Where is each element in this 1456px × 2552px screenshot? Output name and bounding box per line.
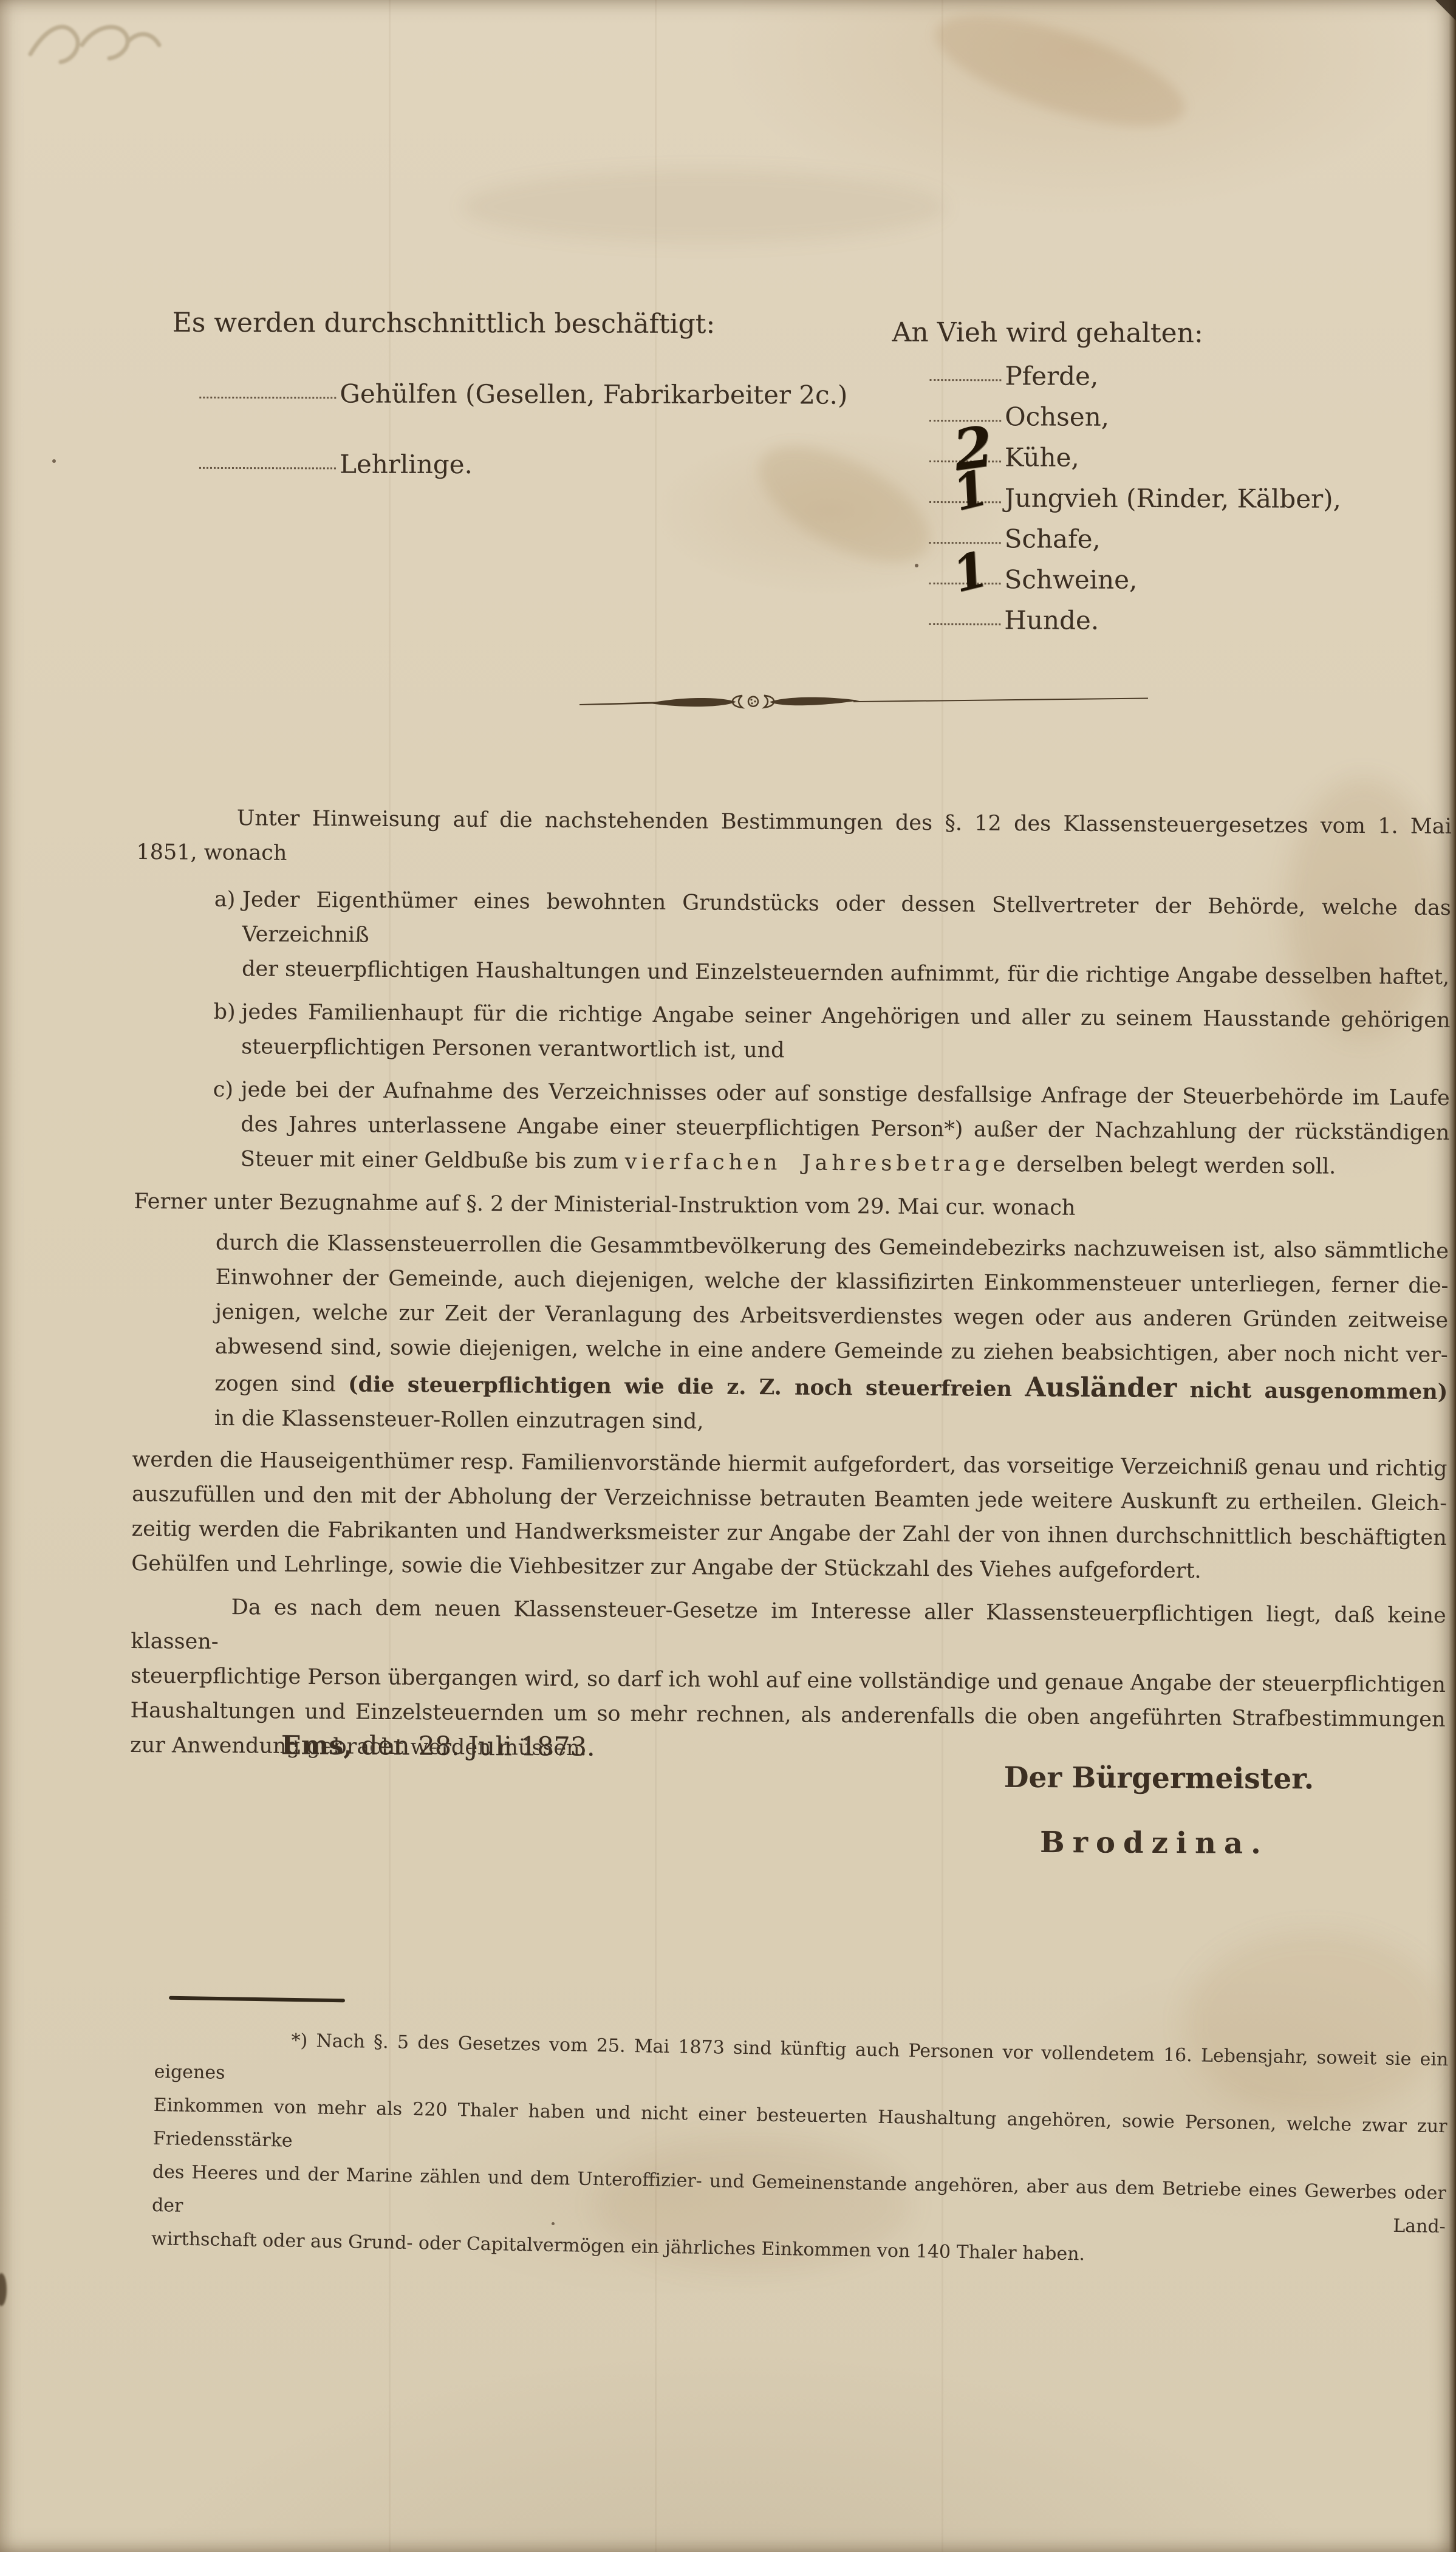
- place-name: Ems,: [281, 1730, 353, 1761]
- ink-speck: [915, 564, 918, 567]
- livestock-row: 1Jungvieh (Rinder, Kälber),: [929, 483, 1341, 514]
- paragraph: werden die Hauseigenthümer resp. Familie…: [131, 1443, 1447, 1590]
- livestock-row-label: Jungvieh (Rinder, Kälber),: [1005, 483, 1341, 513]
- livestock-heading: An Vieh wird gehalten:: [892, 317, 1203, 349]
- employment-row-label: Lehrlinge.: [340, 449, 473, 479]
- list-item-c: c)jede bei der Aufnahme des Verzeichniss…: [241, 1073, 1450, 1185]
- blank-fill-line: [199, 397, 336, 399]
- livestock-row: 1Schweine,: [929, 564, 1137, 595]
- ink-speck: [52, 459, 56, 463]
- stain: [923, 0, 1196, 149]
- item-marker: a): [214, 883, 236, 917]
- stain: [741, 422, 947, 586]
- page-edge-mark: [0, 2273, 7, 2306]
- body-line: Da es nach dem neuen Klassensteuer-Geset…: [131, 1590, 1446, 1668]
- bleed-through-mark: [462, 170, 948, 243]
- signer-name: Brodzina.: [1040, 1825, 1269, 1861]
- list-item-b: b)jedes Familienhaupt für die richtige A…: [241, 995, 1451, 1073]
- signer-title: Der Bürgermeister.: [1004, 1761, 1314, 1796]
- livestock-row-label: Schweine,: [1004, 564, 1137, 595]
- bold-text: (die steuerpflichtigen wie die z. Z. noc…: [348, 1372, 1025, 1401]
- livestock-row: Pferde,: [929, 361, 1098, 391]
- livestock-row: Hunde.: [929, 605, 1099, 635]
- dateline: Ems, den 28. Juli 1873.: [281, 1730, 595, 1762]
- fill-in-section: Es werden durchschnittlich beschäftigt: …: [0, 0, 1456, 4]
- employment-row: Gehülfen (Gesellen, Fabrikarbeiter 2c.): [199, 378, 847, 410]
- bold-text-auslaender: Ausländer: [1025, 1372, 1177, 1404]
- livestock-row-label: Schafe,: [1005, 524, 1101, 553]
- item-marker: b): [213, 995, 235, 1030]
- quoted-block: durch die Klassensteuerrollen die Gesamm…: [214, 1226, 1449, 1445]
- page-edge-shadow: [1449, 0, 1456, 2552]
- emphasized-text: vierfachen Jahresbetrage: [625, 1150, 1010, 1177]
- footnote-rule: [169, 1996, 345, 2003]
- ornamental-divider: [577, 683, 1151, 719]
- blank-fill-line: 1: [929, 501, 1001, 503]
- legal-text-body: Unter Hinweisung auf die nachstehenden B…: [130, 801, 1452, 1772]
- item-marker: c): [213, 1073, 233, 1107]
- page-corner-dark: [1435, 0, 1456, 21]
- list-item-a: a)Jeder Eigenthümer eines bewohnten Grun…: [242, 883, 1451, 995]
- employment-row-label: Gehülfen (Gesellen, Fabrikarbeiter 2c.): [340, 378, 847, 409]
- body-line: a)Jeder Eigenthümer eines bewohnten Grun…: [242, 883, 1451, 960]
- livestock-row-label: Pferde,: [1005, 361, 1098, 391]
- livestock-row-label: Ochsen,: [1005, 402, 1109, 431]
- scanned-document-page: Es werden durchschnittlich beschäftigt: …: [0, 0, 1456, 2552]
- blank-fill-line: [929, 623, 1000, 625]
- employment-heading: Es werden durchschnittlich beschäftigt:: [173, 307, 716, 340]
- livestock-row-label: Kühe,: [1005, 442, 1079, 472]
- closing-section: Ems, den 28. Juli 1873. Der Bürgermeiste…: [0, 0, 1456, 8]
- date-text: den 28. Juli 1873.: [352, 1731, 595, 1762]
- body-line: Ferner unter Bezugnahme auf §. 2 der Min…: [134, 1185, 1449, 1228]
- employment-row: Lehrlinge.: [199, 449, 473, 479]
- livestock-row-label: Hunde.: [1004, 605, 1099, 635]
- blank-fill-line: 1: [929, 583, 1000, 584]
- bold-text: nicht ausgenommen): [1177, 1378, 1447, 1404]
- pencil-squiggle-mark: [24, 9, 164, 75]
- footnote: *) Nach §. 5 des Gesetzes vom 25. Mai 18…: [151, 2022, 1449, 2277]
- blank-fill-line: [929, 379, 1001, 381]
- blank-fill-line: [199, 467, 336, 470]
